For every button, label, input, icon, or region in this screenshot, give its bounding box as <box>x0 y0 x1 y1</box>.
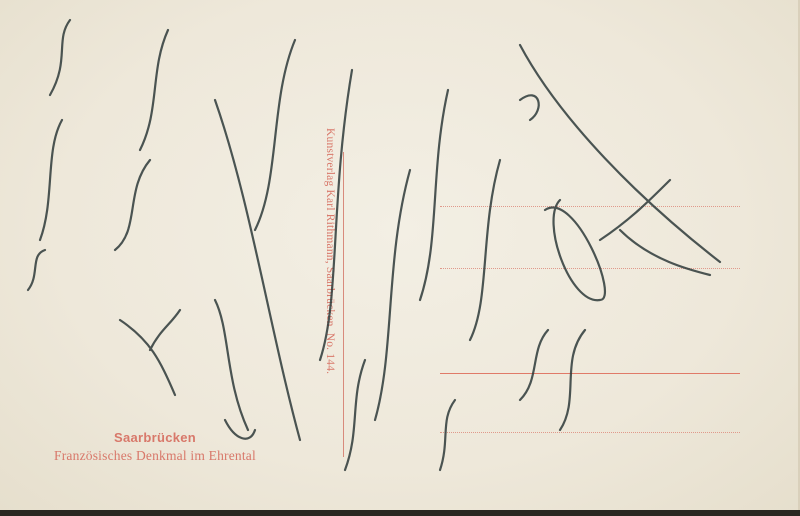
postcard-back: Saarbrücken Französisches Denkmal im Ehr… <box>0 0 800 510</box>
handwriting-ink <box>0 0 800 516</box>
